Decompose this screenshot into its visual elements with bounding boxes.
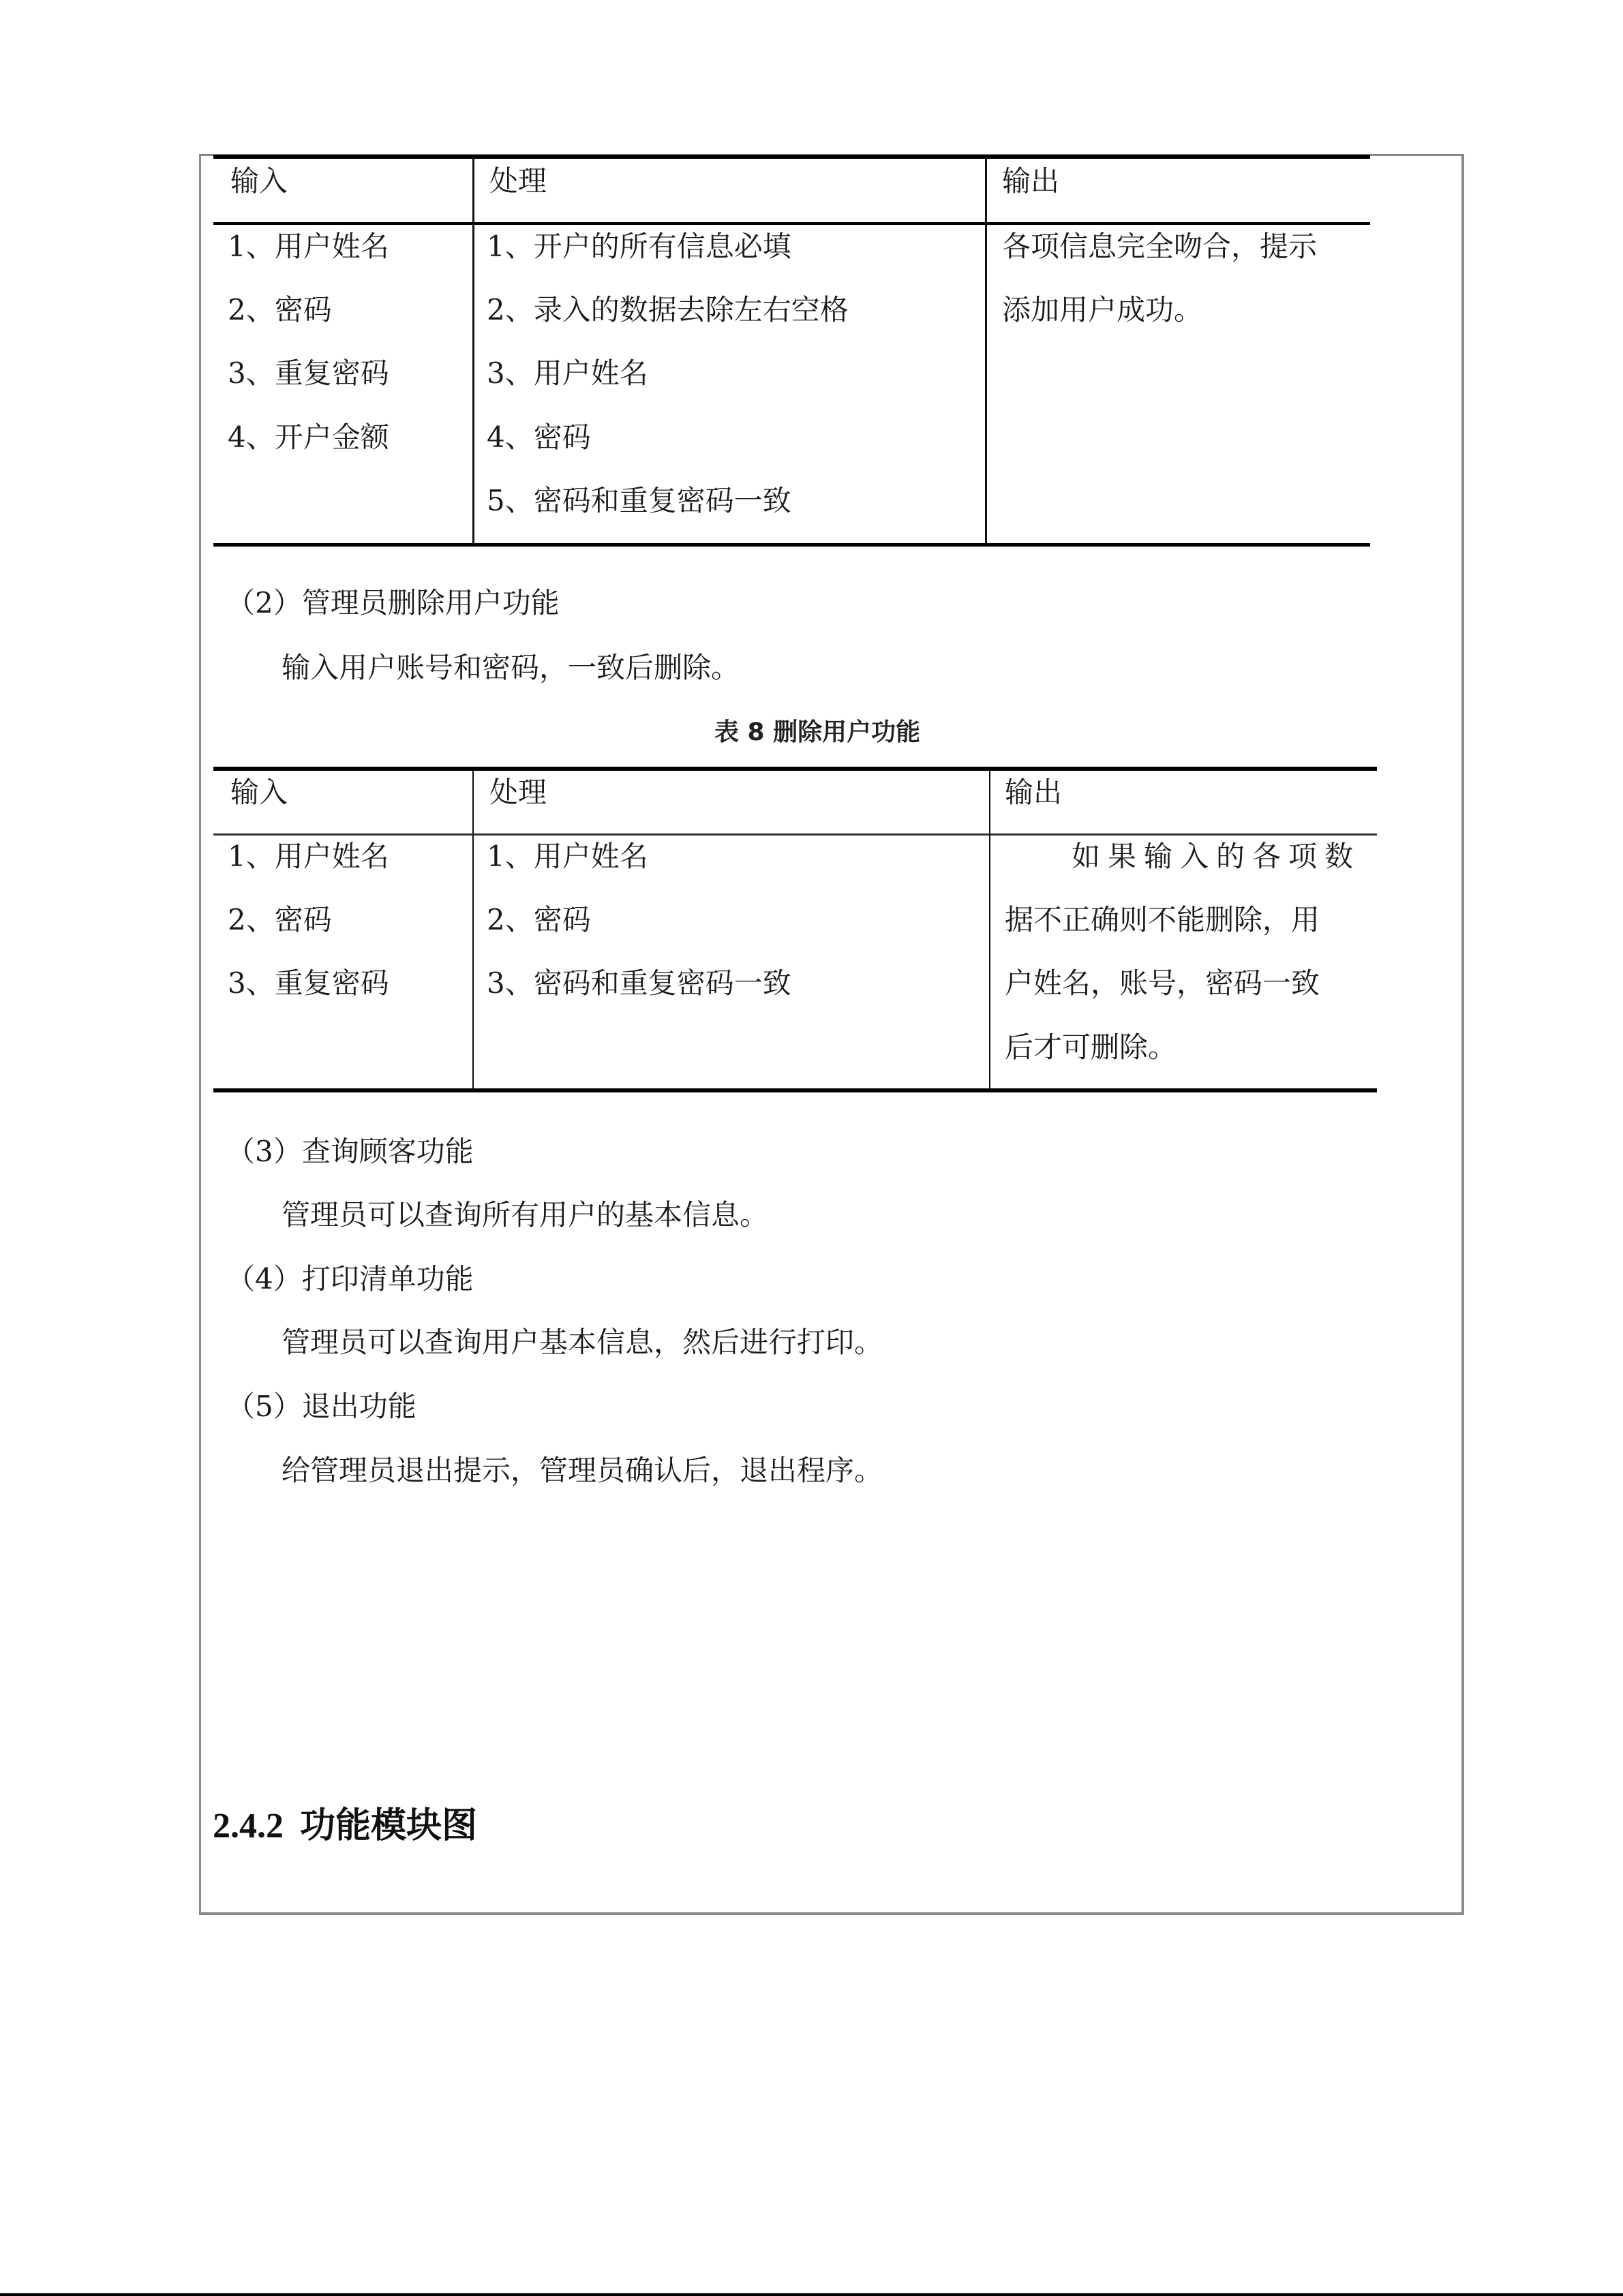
table-caption: 表 8 删除用户功能 — [714, 713, 920, 748]
column-divider — [472, 159, 474, 543]
section-desc-print-list: 管理员可以查询用户基本信息，然后进行打印。 — [282, 1322, 883, 1363]
output-line: 各项信息完全吻合，提示 — [1002, 226, 1317, 267]
process-item: 1、开户的所有信息必填 — [487, 226, 791, 267]
output-line: 后才可删除。 — [1005, 1027, 1177, 1068]
section-desc-delete-user: 输入用户账号和密码，一致后删除。 — [282, 647, 740, 688]
section-title-delete-user: （2）管理员删除用户功能 — [226, 583, 560, 624]
header-process: 处理 — [489, 772, 547, 813]
process-item: 3、用户姓名 — [487, 353, 648, 394]
input-item: 4、开户金额 — [228, 417, 389, 458]
output-line: 如果输入的各项数 — [1072, 836, 1361, 877]
process-item: 1、用户姓名 — [487, 836, 648, 877]
input-item: 2、密码 — [228, 900, 332, 940]
table-bottom-rule — [213, 1088, 1377, 1092]
header-output: 输出 — [1002, 161, 1059, 202]
section-title-exit: （5）退出功能 — [226, 1386, 416, 1427]
column-divider — [985, 159, 987, 543]
output-line: 据不正确则不能删除，用 — [1005, 900, 1320, 940]
process-item: 5、密码和重复密码一致 — [487, 480, 791, 521]
output-line: 户姓名，账号，密码一致 — [1005, 963, 1320, 1004]
header-input: 输入 — [230, 161, 288, 202]
heading-number: 2.4.2 — [213, 1807, 284, 1846]
table-header-rule — [213, 222, 1370, 225]
section-heading: 2.4.2功能模块图 — [213, 1796, 477, 1848]
input-item: 1、用户姓名 — [228, 836, 389, 877]
header-input: 输入 — [230, 772, 288, 813]
input-item: 1、用户姓名 — [228, 226, 389, 267]
process-item: 2、密码 — [487, 900, 591, 940]
section-desc-query-customer: 管理员可以查询所有用户的基本信息。 — [282, 1195, 768, 1236]
process-item: 3、密码和重复密码一致 — [487, 963, 791, 1004]
section-title-print-list: （4）打印清单功能 — [226, 1259, 474, 1300]
table-bottom-rule — [213, 543, 1370, 547]
column-divider — [472, 771, 474, 1088]
header-process: 处理 — [489, 161, 547, 202]
process-item: 2、录入的数据去除左右空格 — [487, 290, 849, 331]
table-top-rule — [213, 155, 1370, 159]
process-item: 4、密码 — [487, 417, 591, 458]
input-item: 3、重复密码 — [228, 353, 389, 394]
section-title-query-customer: （3）查询顾客功能 — [226, 1131, 474, 1172]
table-header-rule — [213, 833, 1377, 836]
input-item: 2、密码 — [228, 290, 332, 331]
header-output: 输出 — [1005, 772, 1062, 813]
output-line: 添加用户成功。 — [1002, 290, 1202, 331]
section-desc-exit: 给管理员退出提示，管理员确认后，退出程序。 — [282, 1450, 883, 1491]
heading-text: 功能模块图 — [300, 1805, 477, 1846]
page-bottom-edge — [0, 2293, 1623, 2296]
input-item: 3、重复密码 — [228, 963, 389, 1004]
column-divider — [989, 771, 990, 1088]
table-top-rule — [213, 767, 1377, 771]
